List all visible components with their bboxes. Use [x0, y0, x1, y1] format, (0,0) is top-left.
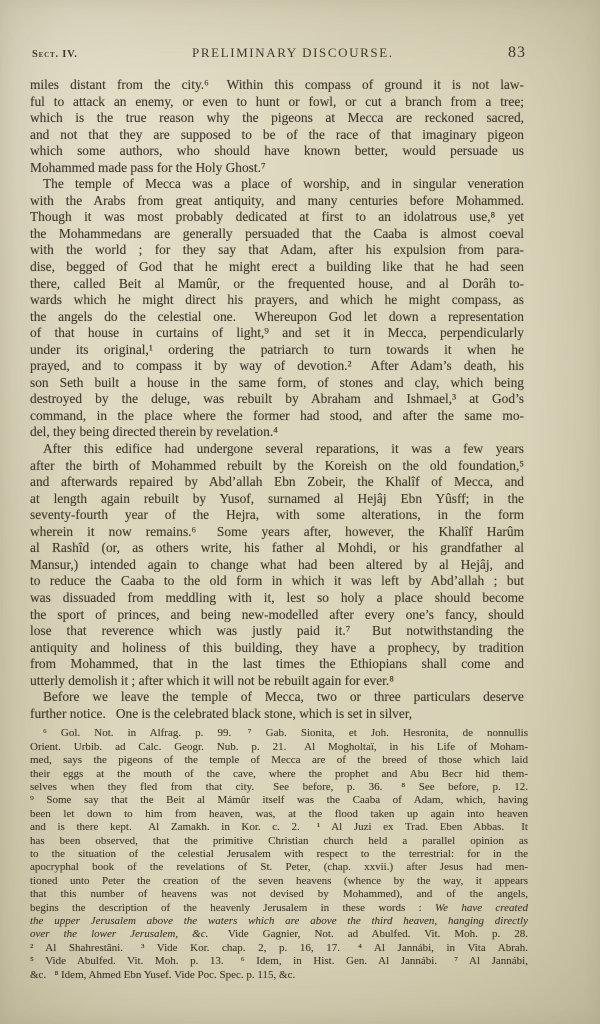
text-line: and not that they are supposed to be of … [30, 127, 524, 144]
text-line: of that house in curtains of light,⁹ and… [30, 325, 524, 342]
text-line: After this edifice had undergone several… [30, 441, 524, 458]
text-line: ² Al Shahrestâni. ³ Vide Kor. chap. 2, p… [30, 942, 528, 955]
text-line: and afterwards repaired by Abd’allah Ebn… [30, 474, 524, 491]
text-line: which is the true reason why the pigeons… [30, 110, 524, 127]
text-line: Before we leave the temple of Mecca, two… [30, 689, 524, 706]
text-line: command, in the place where the former h… [30, 408, 524, 425]
text-line: further notice. One is the celebrated bl… [30, 706, 524, 723]
text-line: seventy-fourth year of the Hejra, with s… [30, 507, 524, 524]
text-line: and is there kept. Al Zamakh. in Kor. c.… [30, 821, 528, 834]
text-line: antiquity and holiness of this building,… [30, 640, 524, 657]
text-line: has been observed, that the primitive Ch… [30, 835, 528, 848]
running-title: PRELIMINARY DISCOURSE. [192, 45, 394, 61]
text-line: wards which he might direct his prayers,… [30, 292, 524, 309]
book-page: Sect. IV. PRELIMINARY DISCOURSE. 83 mile… [0, 0, 600, 1024]
text-line: miles distant from the city.⁶ Within thi… [30, 77, 524, 94]
text-line: to reduce the Caaba to the old form in w… [30, 573, 524, 590]
text-line: there, called Beit al Mamûr, or the freq… [30, 276, 524, 293]
text-line: the sport of princes, and being new-mode… [30, 607, 524, 624]
text-line: that this number of heavens was not devi… [30, 888, 528, 901]
text-line: with the world ; for they say that Adam,… [30, 242, 524, 259]
text-line: which some authors, who should have know… [30, 143, 524, 160]
text-line: Though it was most probably dedicated at… [30, 209, 524, 226]
text-line: with the Arabs from great antiquity, and… [30, 193, 524, 210]
text-line: Mansur,) intended again to change what h… [30, 557, 524, 574]
text-line: apocryphal book of the revelations of St… [30, 861, 528, 874]
text-line: ⁹ Some say that the Beit al Mámûr itself… [30, 794, 528, 807]
text-line: ⁶ Gol. Not. in Alfrag. p. 99. ⁷ Gab. Sio… [30, 727, 528, 740]
text-line: ⁵ Vide Abulfed. Vit. Moh. p. 13. ⁶ Idem,… [30, 955, 528, 968]
text-line: &c. ⁸ Idem, Ahmed Ebn Yusef. Vide Poc. S… [30, 969, 528, 982]
text-line: under its original,¹ ordering the patria… [30, 342, 524, 359]
text-line: begins the description of the heavenly J… [30, 902, 528, 915]
text-line: utterly demolish it ; after which it wil… [30, 673, 524, 690]
text-line: dise, begged of God that he might erect … [30, 259, 524, 276]
text-line: at length again rebuilt by Yusof, surnam… [30, 491, 524, 508]
text-line: been let down to him from heaven, was, a… [30, 808, 528, 821]
text-line: wherein it now remains.⁶ Some years afte… [30, 524, 524, 541]
text-line: med, says the pigeons of the temple of M… [30, 754, 528, 767]
text-line: their eggs at the mouth of the cave, whe… [30, 768, 528, 781]
text-line: the upper Jerusalem above the waters whi… [30, 915, 528, 928]
text-line: del, they being directed therein by reve… [30, 424, 524, 441]
text-line: over the lower Jerusalem, &c. Vide Gagni… [30, 928, 528, 941]
text-line: lose that reverence which was justly pai… [30, 623, 524, 640]
text-line: tioned unto Peter the creation of the se… [30, 875, 528, 888]
text-line: son Seth built a house in the same form,… [30, 375, 524, 392]
text-line: ful to attack an enemy, or even to hunt … [30, 94, 524, 111]
text-line: The temple of Mecca was a place of worsh… [30, 176, 524, 193]
text-line: selves when they fled from that city. Se… [30, 781, 528, 794]
running-header: Sect. IV. PRELIMINARY DISCOURSE. 83 [0, 0, 600, 62]
footnotes-block: ⁶ Gol. Not. in Alfrag. p. 99. ⁷ Gab. Sio… [30, 727, 528, 982]
text-line: Orient. Urbib. ad Calc. Geogr. Nub. p. 2… [30, 741, 528, 754]
text-line: after the birth of Mohammed rebuilt by t… [30, 458, 524, 475]
text-line: from Mohammed, that in the last times th… [30, 656, 524, 673]
text-line: destroyed by the deluge, was rebuilt by … [30, 391, 524, 408]
text-line: to the situation of the celestial Jerusa… [30, 848, 528, 861]
text-line: the angels do the celestial one. Whereup… [30, 309, 524, 326]
text-line: al Rashîd (or, as others write, his fath… [30, 540, 524, 557]
text-line: was dissuaded from meddling with it, les… [30, 590, 524, 607]
section-label: Sect. IV. [32, 49, 78, 60]
text-line: Mohammed made pass for the Holy Ghost.⁷ [30, 160, 524, 177]
body-text: miles distant from the city.⁶ Within thi… [30, 77, 524, 722]
text-line: the Mohammedans are generally persuaded … [30, 226, 524, 243]
page-number: 83 [508, 44, 526, 62]
text-line: prayed, and to compass it by way of devo… [30, 358, 524, 375]
